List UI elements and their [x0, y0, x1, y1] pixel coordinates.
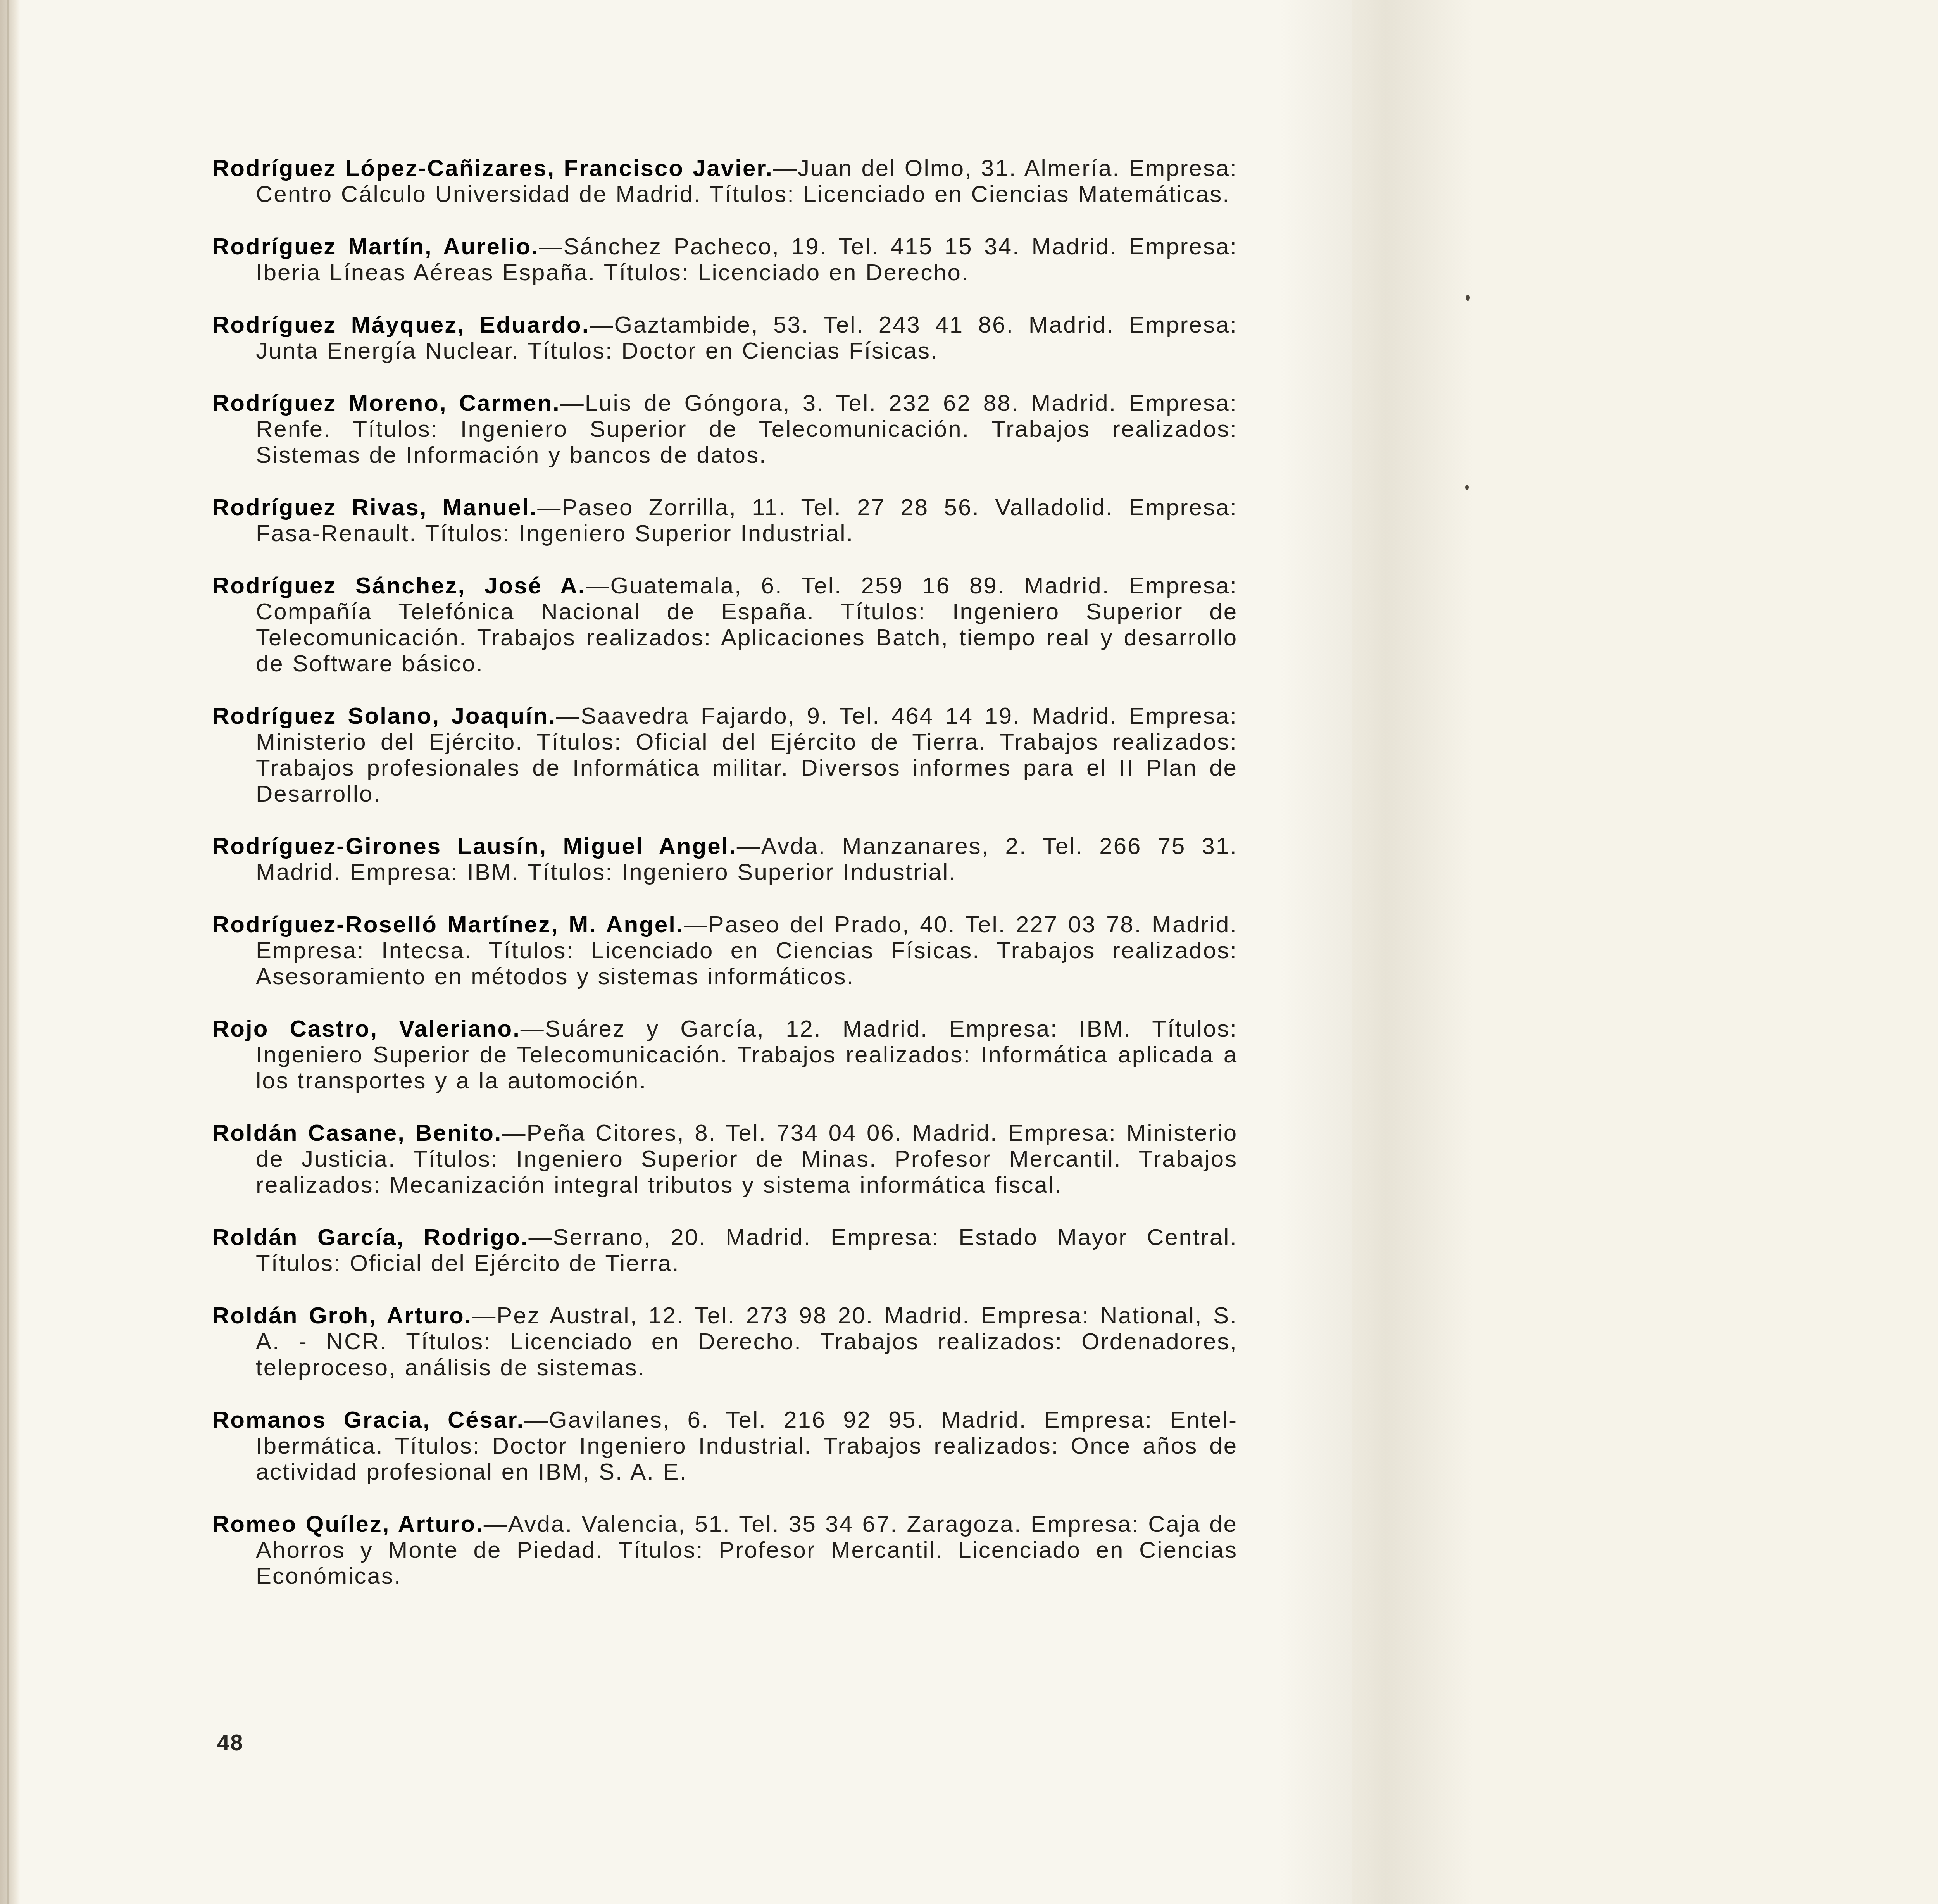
entry-name: Rojo Castro, Valeriano.: [212, 1016, 521, 1042]
entry-name: Rodríguez Sánchez, José A.: [212, 573, 586, 598]
scan-edge-strip: [0, 0, 20, 1904]
entry-name: Rodríguez-Roselló Martínez, M. Angel.: [212, 911, 684, 937]
directory-entry: Rodríguez López-Cañizares, Francisco Jav…: [212, 155, 1238, 207]
directory-entry: Rojo Castro, Valeriano.—Suárez y García,…: [212, 1016, 1238, 1093]
directory-entry: Rodríguez Martín, Aurelio.—Sánchez Pache…: [212, 233, 1238, 285]
entry-name: Rodríguez Rivas, Manuel.: [212, 494, 537, 520]
entry-name: Rodríguez López-Cañizares, Francisco Jav…: [212, 155, 773, 181]
entry-name: Roldán Casane, Benito.: [212, 1120, 502, 1146]
page-gutter-shadow: [1279, 0, 1473, 1904]
entry-name: Roldán Groh, Arturo.: [212, 1302, 472, 1328]
page-number: 48: [217, 1730, 244, 1756]
page-left: Rodríguez López-Cañizares, Francisco Jav…: [0, 0, 1352, 1904]
directory-entry: Romanos Gracia, César.—Gavilanes, 6. Tel…: [212, 1407, 1238, 1485]
directory-entry: Rodríguez-Girones Lausín, Miguel Angel.—…: [212, 833, 1238, 885]
directory-entry: Roldán García, Rodrigo.—Serrano, 20. Mad…: [212, 1224, 1238, 1276]
directory-entry: Rodríguez Solano, Joaquín.—Saavedra Faja…: [212, 703, 1238, 807]
directory-entry: Rodríguez Moreno, Carmen.—Luis de Góngor…: [212, 390, 1238, 468]
directory-column-left: Rodríguez López-Cañizares, Francisco Jav…: [212, 155, 1238, 1615]
scan-speck: [1466, 295, 1470, 301]
directory-entry: Rodríguez Máyquez, Eduardo.—Gaztambide, …: [212, 312, 1238, 364]
entry-name: Rodríguez Máyquez, Eduardo.: [212, 312, 590, 338]
entry-name: Romanos Gracia, César.: [212, 1407, 524, 1433]
entry-name: Romeo Quílez, Arturo.: [212, 1511, 484, 1537]
entry-name: Roldán García, Rodrigo.: [212, 1224, 529, 1250]
directory-entry: Roldán Casane, Benito.—Peña Citores, 8. …: [212, 1120, 1238, 1198]
scan-edge-line: [7, 0, 9, 1904]
directory-entry: Romeo Quílez, Arturo.—Avda. Valencia, 51…: [212, 1511, 1238, 1589]
entry-name: Rodríguez Solano, Joaquín.: [212, 703, 556, 729]
scan-speck: [1465, 485, 1469, 490]
directory-entry: Rodríguez Sánchez, José A.—Guatemala, 6.…: [212, 573, 1238, 676]
entry-name: Rodríguez Martín, Aurelio.: [212, 233, 539, 259]
entry-name: Rodríguez Moreno, Carmen.: [212, 390, 560, 416]
entry-name: Rodríguez-Girones Lausín, Miguel Angel.: [212, 833, 737, 859]
directory-entry: Rodríguez-Roselló Martínez, M. Angel.—Pa…: [212, 911, 1238, 989]
directory-entry: Roldán Groh, Arturo.—Pez Austral, 12. Te…: [212, 1302, 1238, 1380]
scanned-directory-spread: { "document": { "kind": "Scanned profess…: [0, 0, 1938, 1904]
directory-entry: Rodríguez Rivas, Manuel.—Paseo Zorrilla,…: [212, 494, 1238, 546]
